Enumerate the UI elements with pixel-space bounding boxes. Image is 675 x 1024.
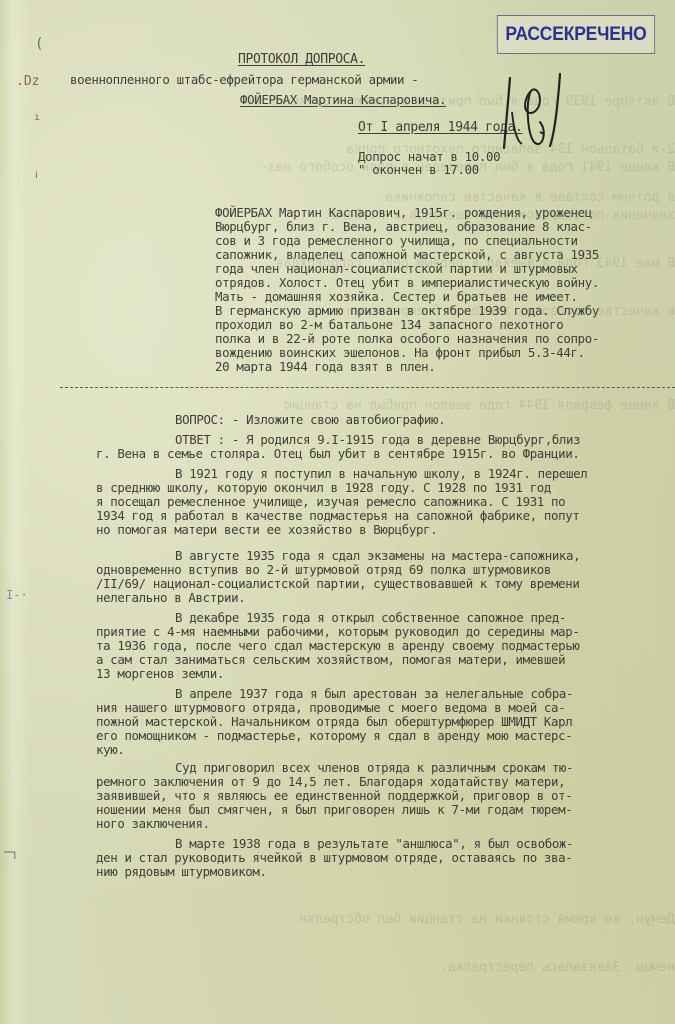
subtitle-line-1: военнопленного штабс-ефрейтора германско… (70, 73, 418, 87)
protocol-date: От I апреля 1944 года. (358, 121, 523, 135)
answer-line: В августе 1935 года я сдал экзамены на м… (175, 549, 580, 563)
answer-line: в среднюю школу, которую окончил в 1928 … (96, 481, 551, 495)
answer-line: та 1936 года, после чего сдал мастерскую… (96, 639, 579, 653)
answer-line: ного заключения. (96, 817, 210, 831)
answer-line: 13 моргенов земли. (96, 667, 224, 681)
answer-line: кую. (96, 743, 124, 757)
answer-line: ден и стал руководить ячейкой в штурмово… (96, 851, 572, 865)
answer-line: Суд приговорил всех членов отряда к разл… (175, 761, 573, 775)
bleed-line: немцы. Завязалась перестрелка. (90, 960, 675, 976)
bio-line: отрядов. Холост. Отец убит в империалист… (215, 276, 599, 290)
bio-line: вождению воинских эшелонов. На фронт при… (215, 346, 585, 360)
section-divider (60, 387, 675, 388)
margin-mark: ⅰ (35, 170, 38, 181)
answer-line: но помогая матери вести ее хозяйство в В… (96, 523, 437, 537)
margin-mark: I-· (6, 588, 28, 602)
signature-icon (500, 72, 570, 152)
bio-line: сов и 3 года ремесленного училища, по сп… (215, 234, 578, 248)
bio-line: Вюрцбург, близ г. Вена, австриец, образо… (215, 220, 592, 234)
bio-line: Мать - домашняя хозяйка. Сестер и братье… (215, 290, 578, 304)
margin-mark: ( (35, 36, 43, 52)
answer-line: В марте 1938 года в результате "аншлюса"… (175, 837, 573, 851)
answer-line: г. Вена в семье столяра. Отец был убит в… (96, 447, 579, 461)
answer-line: заявившей, что я являюсь ее единственной… (96, 789, 572, 803)
document-title: ПРОТОКОЛ ДОПРОСА. (238, 53, 365, 67)
bio-line: года член национал-социалистской партии … (215, 262, 578, 276)
answer-line: я посещал ремесленное училище, изучая ре… (96, 495, 565, 509)
bio-line: проходил во 2-м батальоне 134 запасного … (215, 318, 563, 332)
answer-line: его помощником - подмастерье, которому я… (96, 729, 572, 743)
answer-line: 1934 год я работал в качестве подмастерь… (96, 509, 579, 523)
bleed-line: Демун, во время стоянки на станции был о… (90, 912, 675, 928)
answer-line: приятие с 4-мя наемными рабочими, которы… (96, 625, 579, 639)
margin-mark: ─┐ (4, 845, 18, 859)
interrogation-end-time: " окончен в 17.00 (358, 163, 479, 177)
answer-label-line: ОТВЕТ : - Я родился 9.I-1915 года в дере… (175, 433, 580, 447)
bio-line: ФОЙЕРБАХ Мартин Каспарович, 1915г. рожде… (215, 206, 592, 220)
answer-line: пожной мастерской. Начальником отряда бы… (96, 715, 572, 729)
answer-line: ния нашего штурмового отряда, проводимые… (96, 701, 565, 715)
answer-line: В 1921 году я поступил в начальную школу… (175, 467, 587, 481)
margin-mark: ı (34, 112, 40, 123)
answer-line: нелегально в Австрии. (96, 591, 245, 605)
bleed-through-text: Демун, во время стоянки на станции был о… (90, 880, 675, 992)
bio-line: 20 марта 1944 года взят в плен. (215, 360, 435, 374)
declassified-stamp: РАССЕКРЕЧЕНО (497, 15, 655, 54)
bio-line: В германскую армию призван в октябре 193… (215, 304, 599, 318)
margin-mark-handwritten: .Dz (16, 74, 39, 89)
answer-line: /II/69/ национал-социалистской партии, с… (96, 577, 579, 591)
question-text: ВОПРОС: - Изложите свою автобиографию. (175, 413, 445, 427)
answer-line: ремного заключения от 9 до 14,5 лет. Бла… (96, 775, 565, 789)
stamp-label: РАССЕКРЕЧЕНО (505, 24, 646, 46)
answer-line: В апреле 1937 года я был арестован за не… (175, 687, 573, 701)
prisoner-name: ФОЙЕРБАХ Мартина Каспаровича. (240, 93, 446, 107)
answer-line: одновременно вступив во 2-й штурмовой от… (96, 563, 551, 577)
answer-line: В декабре 1935 года я открыл собственное… (175, 611, 566, 625)
answer-line: ношении меня был смягчен, я был приговор… (96, 803, 572, 817)
bio-line: сапожник, владелец сапожной мастерской, … (215, 248, 599, 262)
bio-line: полка и в 22-й роте полка особого назнач… (215, 332, 599, 346)
answer-line: а сам стал заниматься сельским хозяйство… (96, 653, 565, 667)
answer-line: нию рядовым штурмовиком. (96, 865, 267, 879)
